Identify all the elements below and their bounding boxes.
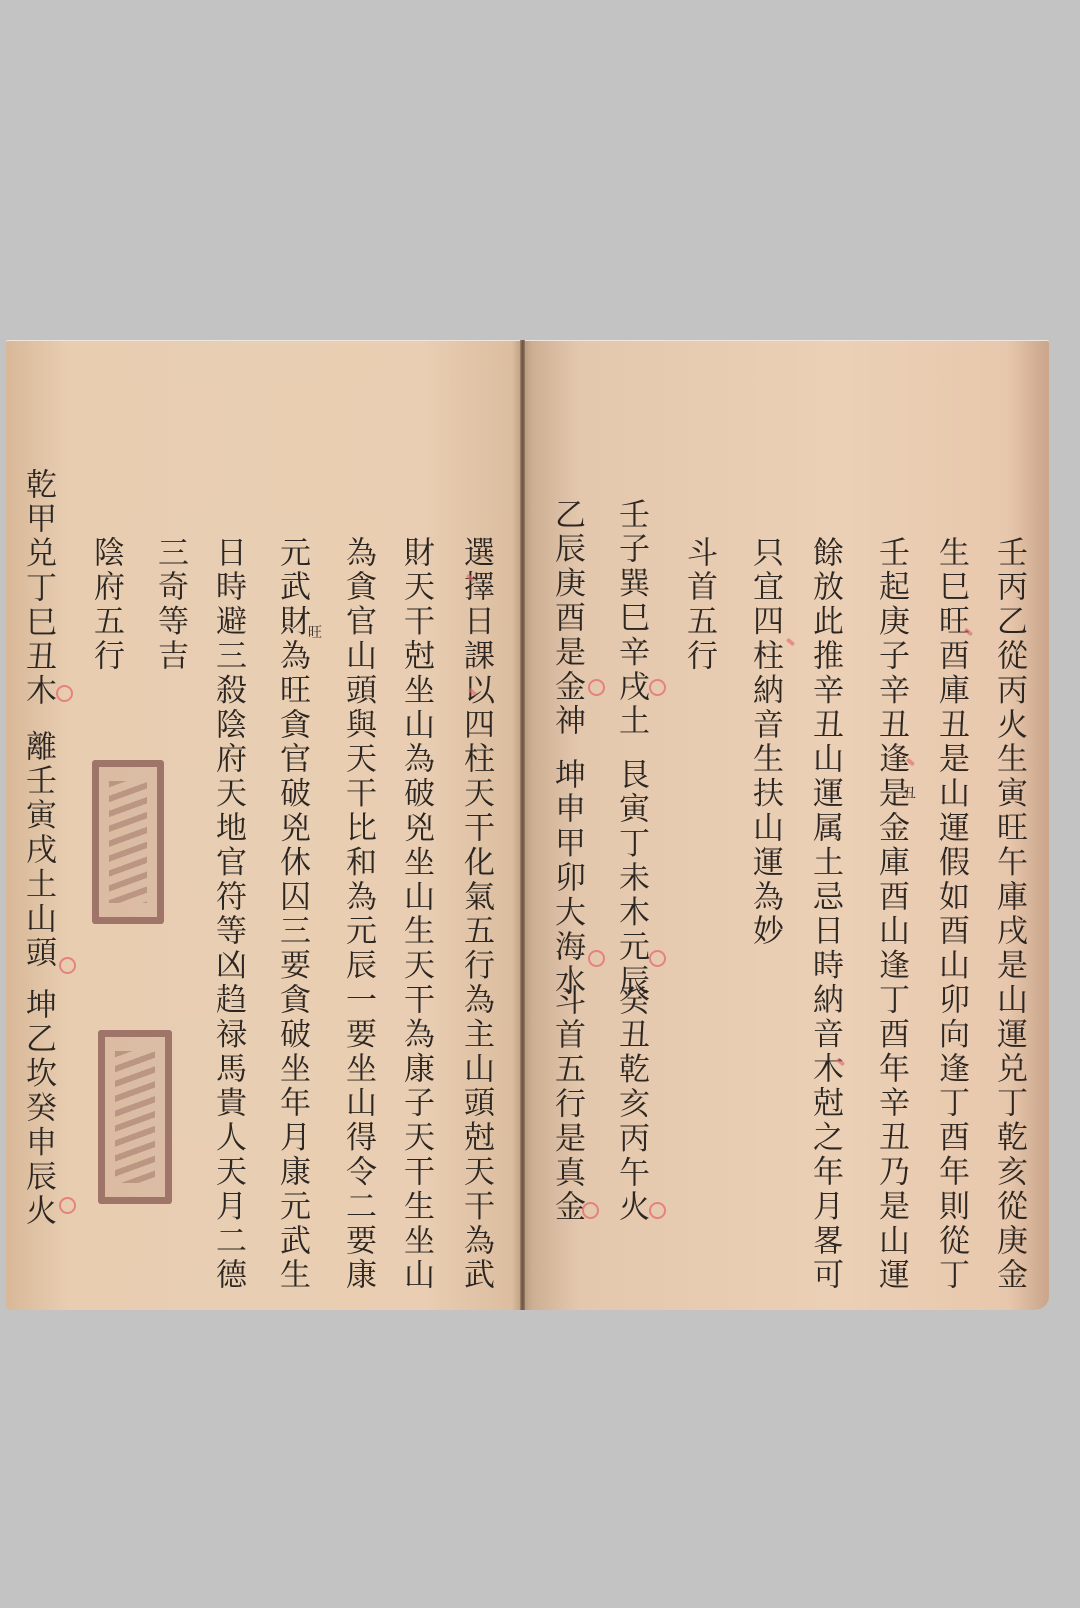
- left-col-4: 元武財為旺貪官破兇休囚三要貪破坐年月康元武生: [274, 536, 310, 1293]
- right-col-1: 壬丙乙從丙火生寅旺午庫戌是山運兑丁乾亥從庚金: [991, 536, 1027, 1293]
- right-col-5: 只宜四柱納音生扶山運為妙: [747, 536, 783, 949]
- left-col-2: 財天干尅坐山為破兇坐山生天干為康子天干生坐山: [398, 536, 434, 1293]
- right-col-heading: 斗首五行: [681, 536, 717, 674]
- right-col-verse-2: 艮寅丁未木元辰: [613, 758, 649, 999]
- right-col-verse-3: 癸丑乾亥丙午火: [613, 984, 649, 1225]
- red-circle-mark: [59, 957, 76, 974]
- left-page: 選擇日課以四柱天干化氣五行為主山頭尅天干為武 財天干尅坐山為破兇坐山生天干為康子…: [6, 340, 520, 1310]
- red-circle-mark: [649, 950, 666, 967]
- right-col-4: 餘放此推辛丑山運属土忌日時納音木尅之年月畧可: [807, 536, 843, 1293]
- red-circle-mark: [649, 679, 666, 696]
- left-col-6: 三奇等吉: [152, 536, 188, 674]
- red-circle-mark: [588, 950, 605, 967]
- left-col-5: 日時避三殺陰府天地官符等凶趋禄馬貴人天月二德: [210, 536, 246, 1293]
- left-col-heading: 陰府五行: [88, 536, 124, 674]
- left-col-3: 為貪官山頭與天干比和為元辰一要坐山得令二要康: [340, 536, 376, 1293]
- right-col-verse-4: 乙辰庚酉是金神: [549, 498, 585, 739]
- book-spread: 壬丙乙從丙火生寅旺午庫戌是山運兑丁乾亥從庚金 生巳旺酉庫丑是山運假如酉山卯向逢丁…: [6, 340, 1049, 1310]
- left-annotation: 旺: [308, 622, 322, 642]
- red-seal-stamp-upper: [92, 760, 164, 924]
- left-col-verse-2: 離壬寅戌土山頭: [20, 730, 56, 971]
- right-annotation: 丑: [902, 783, 916, 803]
- left-col-verse-3: 坤乙坎癸申辰火: [20, 988, 56, 1229]
- left-col-verse-1: 乾甲兑丁巳丑木: [20, 468, 56, 709]
- red-circle-mark: [59, 1197, 76, 1214]
- right-col-3: 壬起庚子辛丑逢是金庫酉山逢丁酉年辛丑乃是山運: [873, 536, 909, 1293]
- right-col-verse-5: 坤申甲卯大海水: [549, 758, 585, 999]
- red-circle-mark: [582, 1202, 599, 1219]
- red-circle-mark: [649, 1202, 666, 1219]
- right-page: 壬丙乙從丙火生寅旺午庫戌是山運兑丁乾亥從庚金 生巳旺酉庫丑是山運假如酉山卯向逢丁…: [525, 340, 1049, 1310]
- red-circle-mark: [588, 679, 605, 696]
- red-seal-stamp-lower: [98, 1030, 172, 1204]
- right-col-verse-1: 壬子巽巳辛戌土: [613, 498, 649, 739]
- red-circle-mark: [56, 685, 73, 702]
- left-col-1: 選擇日課以四柱天干化氣五行為主山頭尅天干為武: [458, 536, 494, 1293]
- right-col-verse-6: 斗首五行是真金: [549, 984, 585, 1225]
- right-col-2: 生巳旺酉庫丑是山運假如酉山卯向逢丁酉年則從丁: [933, 536, 969, 1293]
